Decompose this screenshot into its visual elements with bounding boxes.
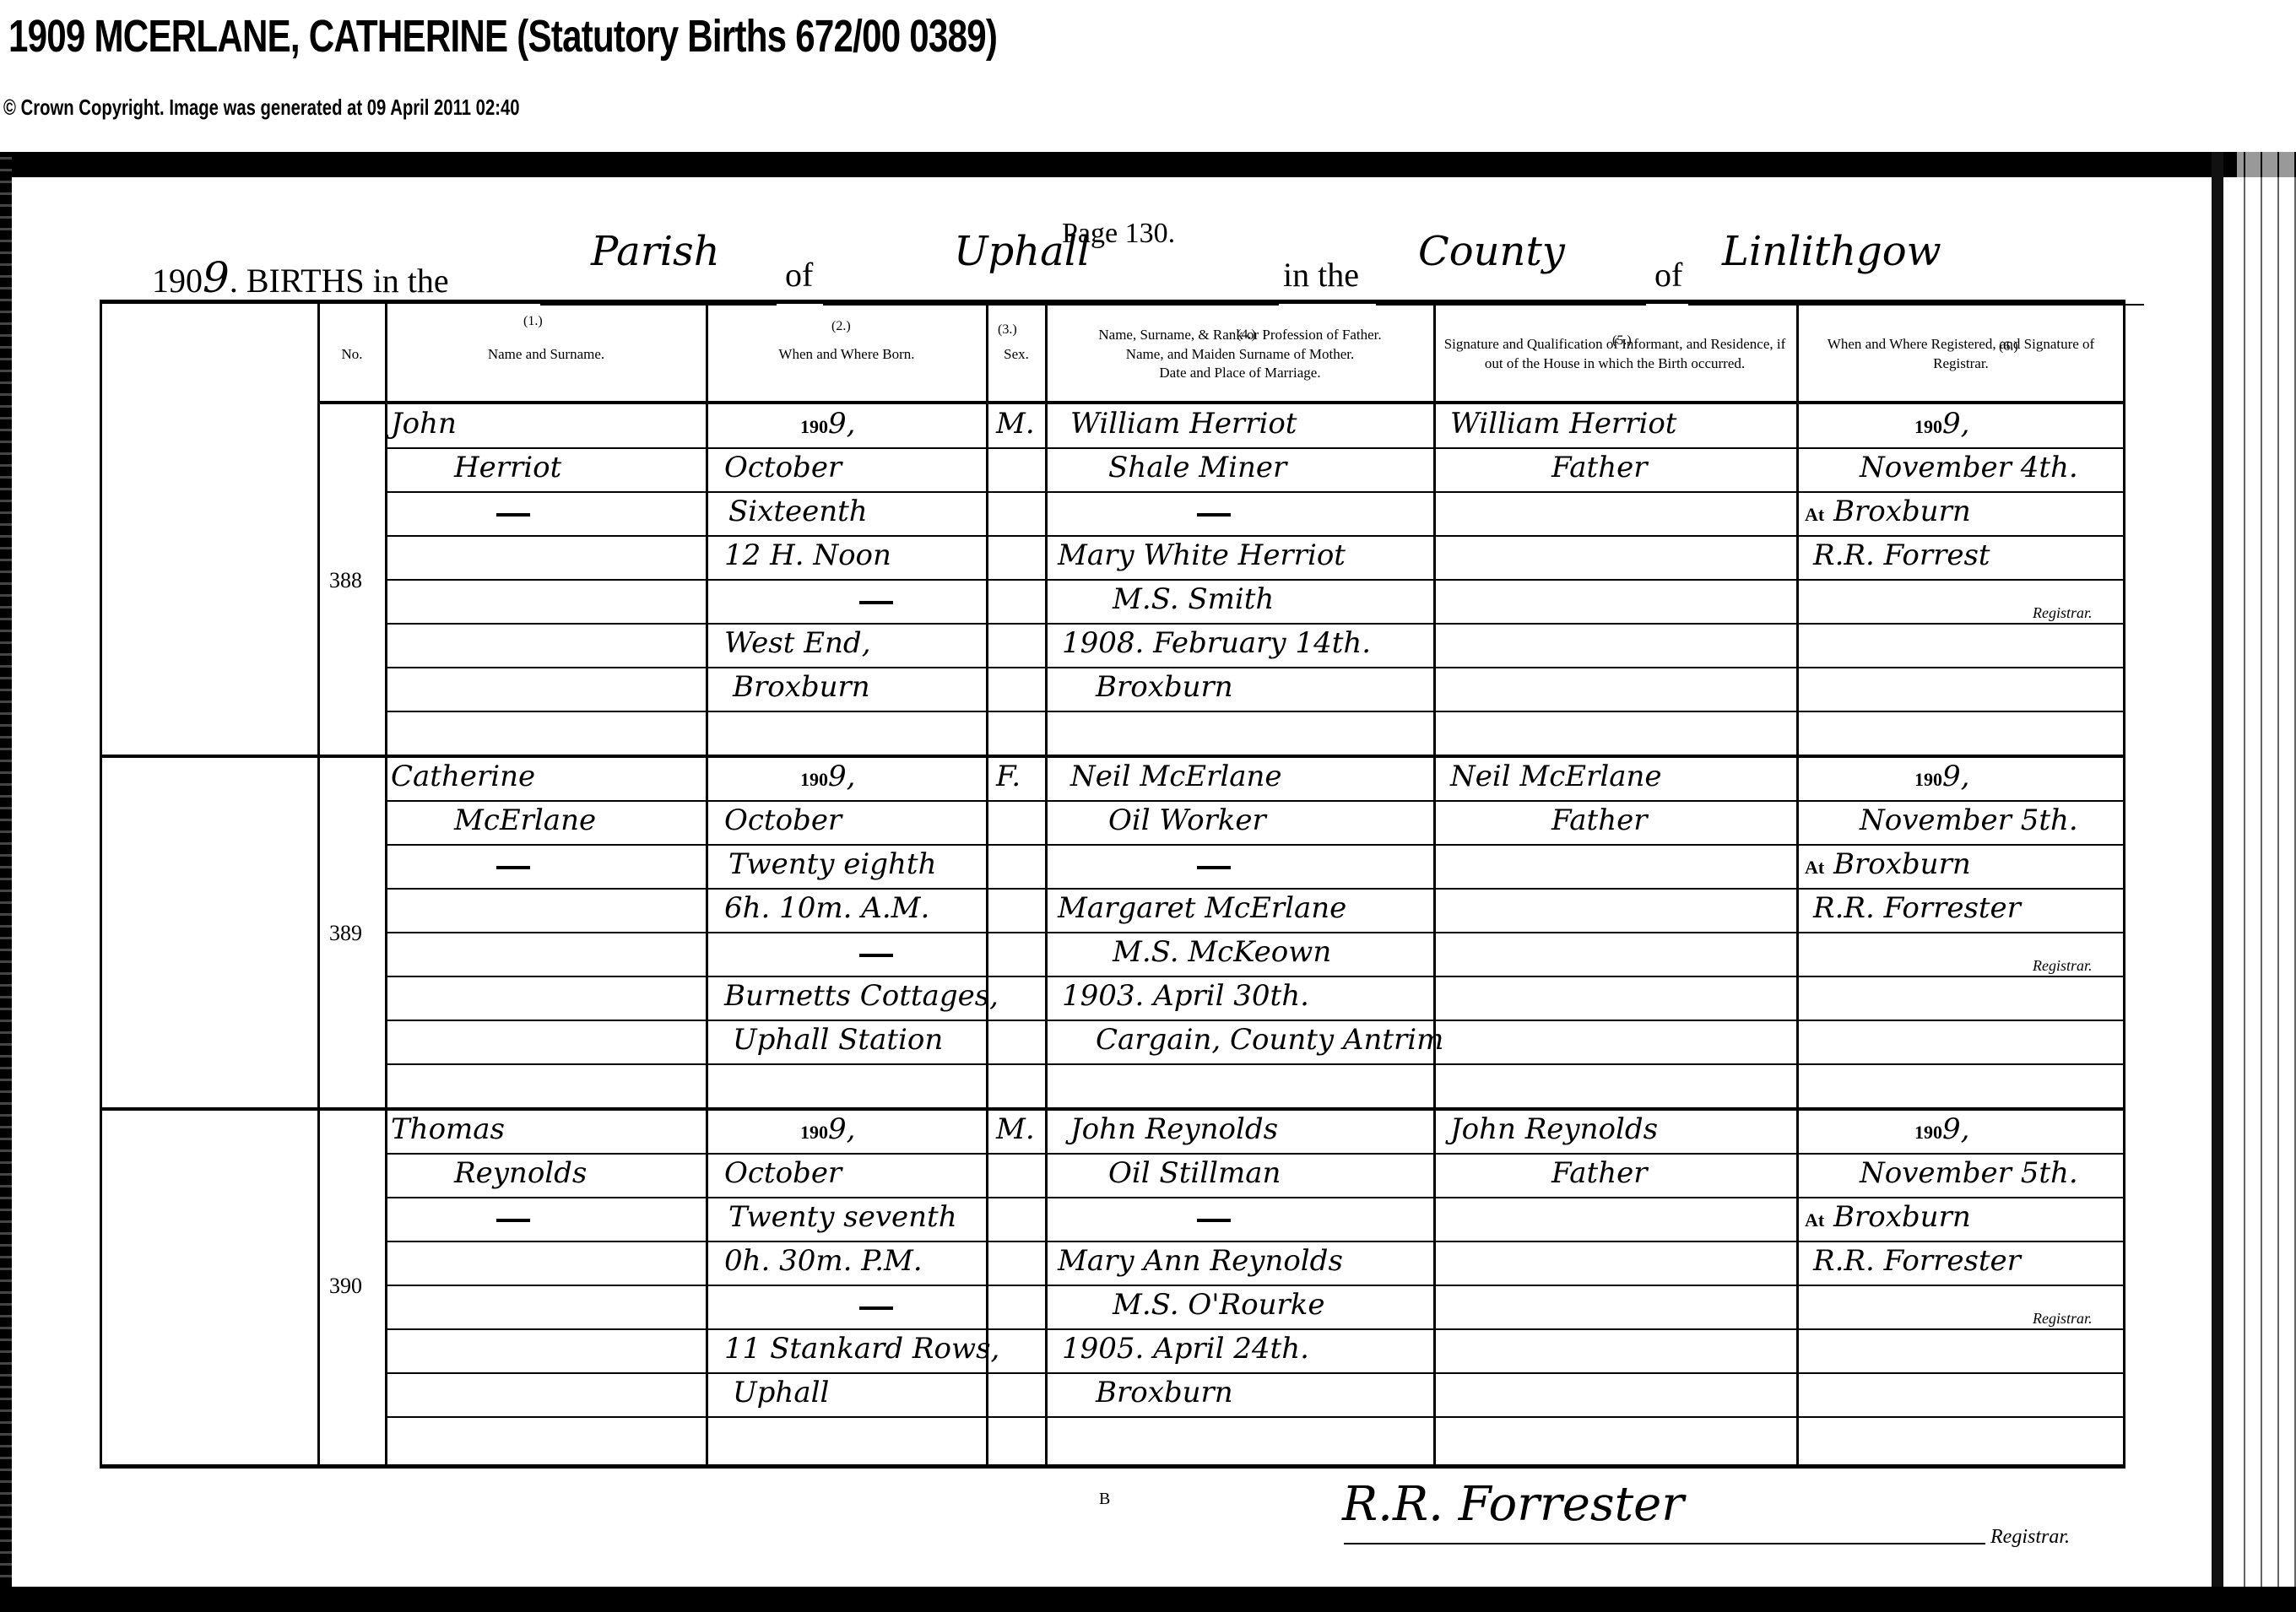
register-heading: 1909. BIRTHS in the <box>152 253 449 302</box>
col-header-no: No. <box>319 312 385 397</box>
registrar-label: Registrar. <box>2033 1310 2093 1328</box>
scan-border-right <box>2212 152 2223 1612</box>
informant-signature: Neil McErlane <box>1450 760 1662 793</box>
child-surname: Herriot <box>454 451 561 484</box>
ruled-line <box>387 932 2123 933</box>
ruled-line <box>387 711 2123 712</box>
marriage-date: 1903. April 30th. <box>1062 979 1309 1013</box>
col-header-sex: Sex. <box>988 312 1045 397</box>
birth-day: Sixteenth <box>728 495 868 528</box>
ruled-line <box>387 800 2123 802</box>
registrar-name: R.R. Forrester <box>1813 891 2021 925</box>
copyright-notice: © Crown Copyright. Image was generated a… <box>3 95 520 121</box>
informant-qualification: Father <box>1551 803 1648 837</box>
record-title: 1909 MCERLANE, CATHERINE (Statutory Birt… <box>8 10 997 62</box>
sex: M. <box>996 407 1035 441</box>
ruled-line <box>387 844 2123 846</box>
col-divider <box>100 304 102 1464</box>
marriage-place: Broxburn <box>1096 670 1233 704</box>
col-divider <box>317 304 320 1464</box>
col-header-parents: Name, Surname, & Rank or Profession of F… <box>1047 312 1433 397</box>
birth-day: Twenty eighth <box>728 847 936 881</box>
of-label-2: of <box>1654 255 1682 295</box>
birth-year: 1909, <box>800 407 855 441</box>
registration-year: 1909, <box>1914 407 1969 441</box>
dash-mark <box>859 1306 893 1310</box>
scan-edge-noise <box>2237 152 2296 1612</box>
birth-month: October <box>724 451 842 484</box>
child-forename: Catherine <box>391 760 535 793</box>
col-header-registered: When and Where Registered, and Signature… <box>1813 312 2109 397</box>
father-name: William Herriot <box>1070 407 1297 441</box>
ruled-line <box>387 1372 2123 1374</box>
district-name: Uphall <box>954 228 1090 275</box>
registrar-label: Registrar. <box>2033 604 2093 622</box>
father-occupation: Oil Stillman <box>1108 1156 1281 1190</box>
entry-number: 388 <box>329 568 362 593</box>
col-divider <box>1045 304 1048 1464</box>
col-divider <box>2123 304 2125 1464</box>
scan-border-bottom <box>0 1587 2296 1612</box>
marriage-date: 1908. February 14th. <box>1062 626 1371 660</box>
col-header-marriage: Date and Place of Marriage. <box>1159 364 1320 383</box>
registration-place: At Broxburn <box>1805 847 1971 881</box>
ruled-line <box>387 1328 2123 1330</box>
registration-date: November 5th. <box>1860 803 2078 837</box>
births-table: No. Name and Surname. When and Where Bor… <box>100 300 2125 1469</box>
father-name: Neil McErlane <box>1070 760 1282 793</box>
scan-border-top <box>0 152 2296 177</box>
dash-mark <box>496 513 530 517</box>
ruled-line <box>387 535 2123 537</box>
father-name: John Reynolds <box>1070 1112 1278 1146</box>
of-label-1: of <box>785 255 813 295</box>
birth-place-line1: Burnetts Cottages, <box>724 979 999 1013</box>
header-rule <box>317 401 2125 404</box>
dash-mark <box>1197 866 1231 869</box>
father-occupation: Shale Miner <box>1108 451 1286 484</box>
mother-name: Mary Ann Reynolds <box>1058 1244 1343 1278</box>
birth-month: October <box>724 1156 842 1190</box>
sex: F. <box>996 760 1021 793</box>
col-header-name: Name and Surname. <box>387 312 706 397</box>
col-header-father: Name, Surname, & Rank or Profession of F… <box>1098 326 1381 345</box>
dash-mark <box>496 1219 530 1222</box>
signature-line <box>1344 1543 1985 1544</box>
entry-separator <box>100 1107 2125 1111</box>
col-divider <box>706 304 708 1464</box>
ruled-line <box>387 623 2123 625</box>
registration-place: At Broxburn <box>1805 1200 1971 1234</box>
registration-year: 1909, <box>1914 1112 1969 1146</box>
dash-mark <box>1197 1219 1231 1222</box>
ruled-line <box>387 888 2123 890</box>
ruled-line <box>387 976 2123 977</box>
register-scan: Page 130. 1909. BIRTHS in the Parish of … <box>0 152 2296 1612</box>
birth-time: 0h. 30m. P.M. <box>724 1244 923 1278</box>
father-occupation: Oil Worker <box>1108 803 1266 837</box>
mother-name: Mary White Herriot <box>1058 538 1346 572</box>
registration-date: November 4th. <box>1860 451 2078 484</box>
registration-date: November 5th. <box>1860 1156 2078 1190</box>
birth-place-line1: 11 Stankard Rows, <box>724 1332 999 1366</box>
entry-separator <box>100 755 2125 758</box>
col-divider <box>986 304 988 1464</box>
in-the-label: in the <box>1283 255 1359 295</box>
marriage-place: Broxburn <box>1096 1376 1233 1409</box>
registrar-name: R.R. Forrester <box>1813 1244 2021 1278</box>
entry-number: 390 <box>329 1274 362 1299</box>
birth-place-line2: Uphall <box>733 1376 829 1409</box>
mother-name: Margaret McErlane <box>1058 891 1346 925</box>
register-page: Page 130. 1909. BIRTHS in the Parish of … <box>34 177 2203 1587</box>
mother-maiden-name: M.S. McKeown <box>1113 935 1331 969</box>
birth-year: 1909, <box>800 1112 855 1146</box>
entry-number: 389 <box>329 921 362 946</box>
birth-time: 6h. 10m. A.M. <box>724 891 929 925</box>
mother-maiden-name: M.S. Smith <box>1113 582 1274 616</box>
mother-maiden-name: M.S. O'Rourke <box>1113 1288 1324 1322</box>
col-header-mother: Name, and Maiden Surname of Mother. <box>1126 345 1355 365</box>
ruled-line <box>387 579 2123 581</box>
registration-year: 1909, <box>1914 760 1969 793</box>
informant-signature: William Herriot <box>1450 407 1676 441</box>
ruled-line <box>387 1020 2123 1021</box>
ruled-line <box>387 1063 2123 1065</box>
birth-year: 1909, <box>800 760 855 793</box>
ruled-line <box>387 667 2123 668</box>
ruled-line <box>387 1197 2123 1198</box>
dash-mark <box>859 601 893 604</box>
registrar-name: R.R. Forrest <box>1813 538 1990 572</box>
registrar-label: Registrar. <box>2033 957 2093 975</box>
ruled-line <box>387 447 2123 449</box>
registrar-signature: R.R. Forrester <box>1342 1477 1684 1532</box>
birth-day: Twenty seventh <box>728 1200 957 1234</box>
ruled-line <box>387 1416 2123 1418</box>
dash-mark <box>1197 513 1231 517</box>
ruled-line <box>387 1285 2123 1286</box>
ruled-line <box>387 491 2123 493</box>
col-header-when-where: When and Where Born. <box>707 312 986 397</box>
year-handwritten: 9 <box>203 253 230 302</box>
marriage-date: 1905. April 24th. <box>1062 1332 1309 1366</box>
scan-border-left <box>0 152 12 1612</box>
child-forename: Thomas <box>391 1112 505 1146</box>
birth-place-line2: Broxburn <box>733 670 870 704</box>
col-divider <box>1433 304 1436 1464</box>
registrar-label: Registrar. <box>1990 1526 2070 1549</box>
informant-signature: John Reynolds <box>1450 1112 1658 1146</box>
col-divider <box>1796 304 1799 1464</box>
registration-place: At Broxburn <box>1805 495 1971 528</box>
ruled-line <box>387 1153 2123 1155</box>
births-label: BIRTHS in the <box>246 262 449 300</box>
col-header-informant: Signature and Qualification of Informant… <box>1442 312 1788 397</box>
district-type: Parish <box>591 228 720 275</box>
county-type: County <box>1418 228 1565 275</box>
birth-place-line2: Uphall Station <box>733 1023 943 1057</box>
birth-place-line1: West End, <box>724 626 871 660</box>
marriage-place: Cargain, County Antrim <box>1096 1023 1443 1057</box>
dash-mark <box>859 954 893 957</box>
informant-qualification: Father <box>1551 1156 1648 1190</box>
birth-time: 12 H. Noon <box>724 538 891 572</box>
col-divider <box>385 304 387 1464</box>
county-name: Linlithgow <box>1722 228 1941 275</box>
informant-qualification: Father <box>1551 451 1648 484</box>
dash-mark <box>496 866 530 869</box>
child-surname: McErlane <box>454 803 596 837</box>
birth-month: October <box>724 803 842 837</box>
year-printed: 190 <box>152 262 203 300</box>
ruled-line <box>387 1241 2123 1242</box>
child-surname: Reynolds <box>454 1156 587 1190</box>
child-forename: John <box>391 407 457 441</box>
sex: M. <box>996 1112 1035 1146</box>
sheet-letter: B <box>1099 1490 1110 1509</box>
